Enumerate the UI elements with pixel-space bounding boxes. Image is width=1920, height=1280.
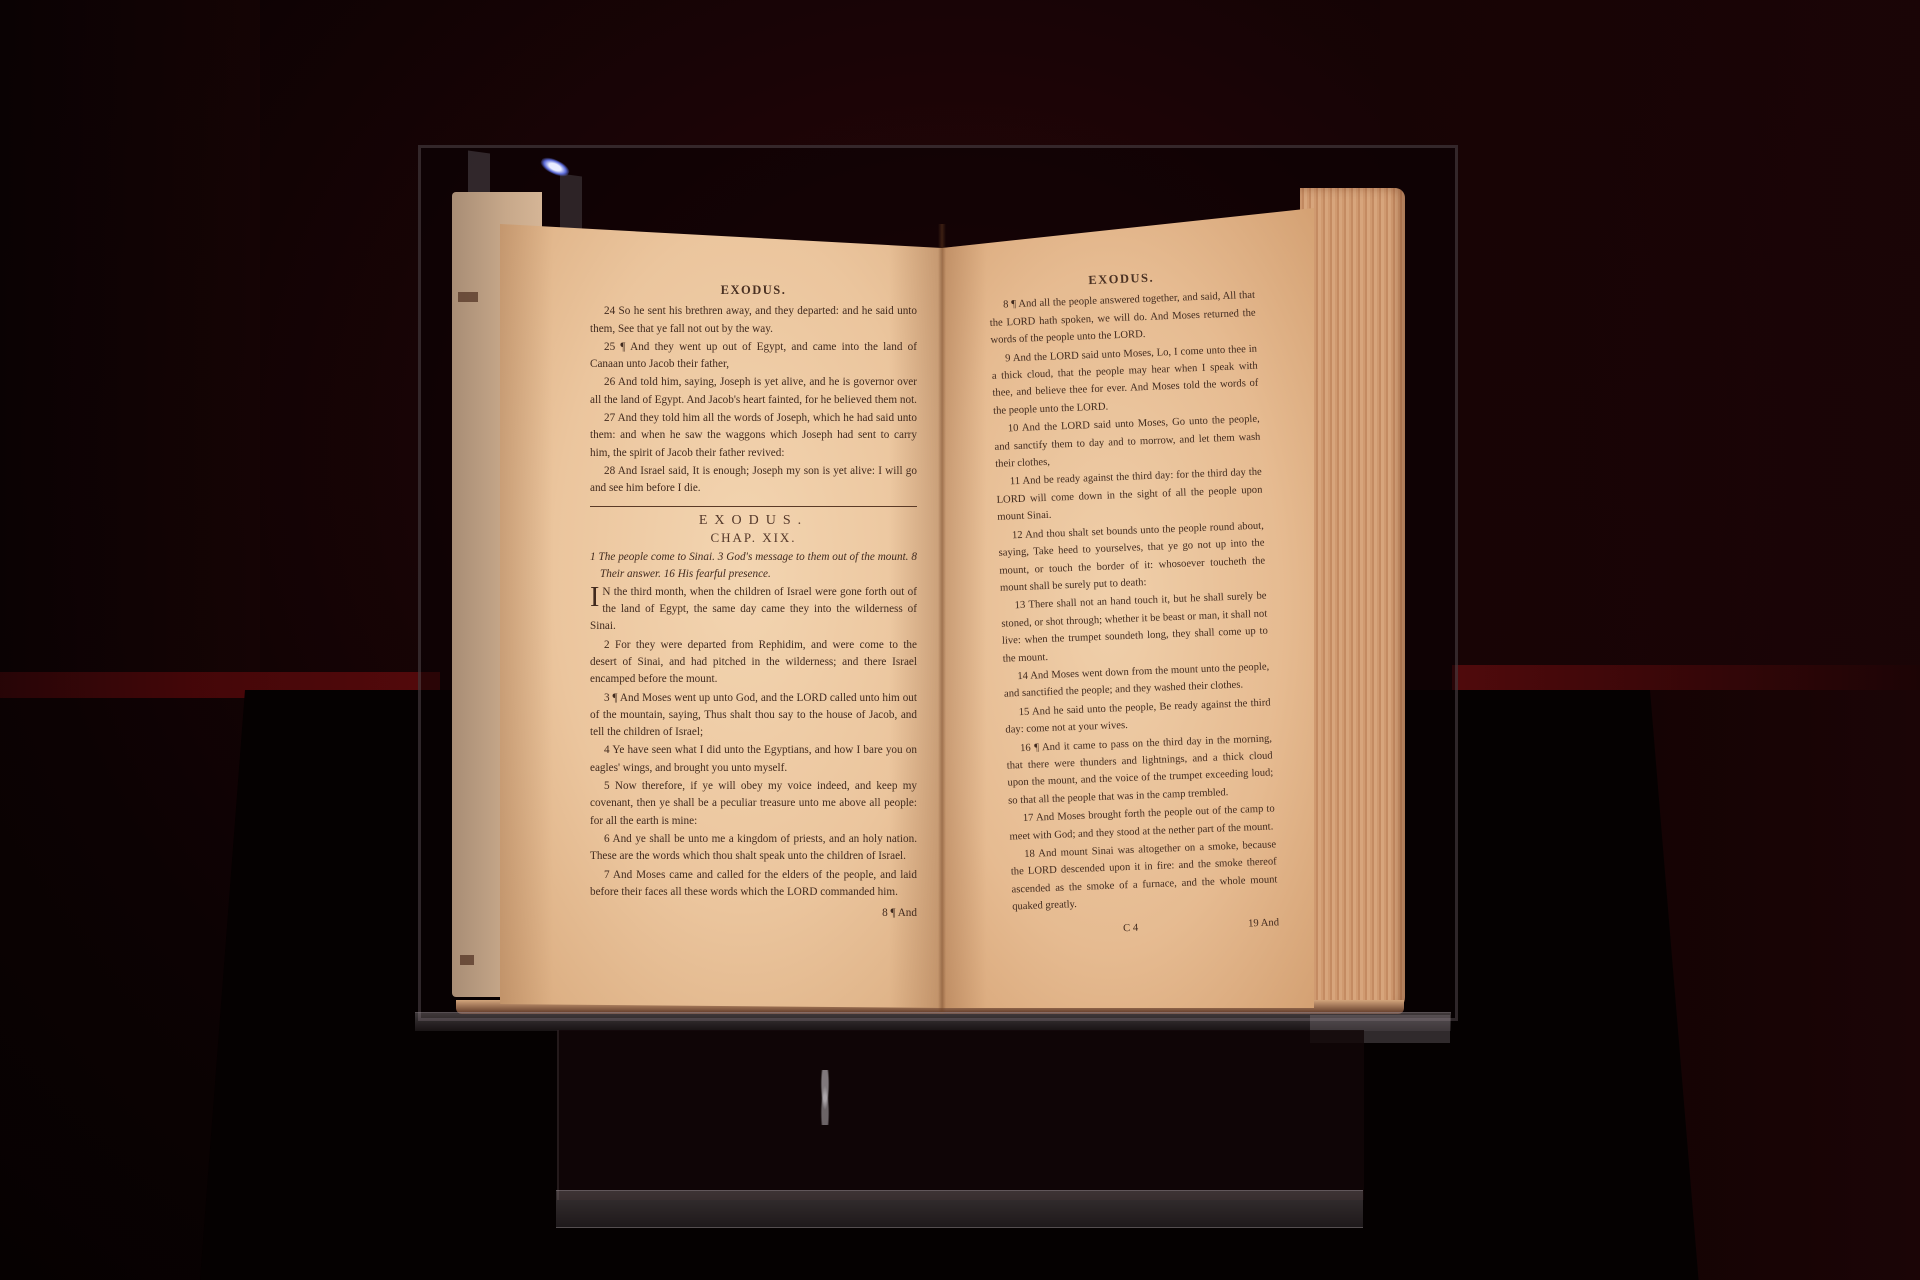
chapter-summary: 1 The people come to Sinai. 3 God's mess… [590,549,917,584]
verse: 24 So he sent his brethren away, and the… [590,303,917,338]
page-tab-marker-top [458,292,478,302]
catchword-right: 19 And [1248,914,1280,933]
drop-cap: I [590,585,599,611]
signature-mark: C 4 [1123,919,1139,937]
wall-shadow-left [0,0,260,690]
verse: 11 And be ready against the third day: f… [996,464,1264,526]
right-page-text: EXODUS. 8 ¶ And all the people answered … [988,266,1279,942]
verse: 4 Ye have seen what I did unto the Egypt… [590,742,917,777]
verse: 7 And Moses came and called for the elde… [590,867,917,902]
verse-1: IN the third month, when the children of… [590,584,917,636]
verse: 13 There shall not an hand touch it, but… [1000,588,1268,668]
verse: 8 ¶ And all the people answered together… [989,287,1257,349]
acrylic-stand-shelf [415,1012,1451,1031]
verse: 16 ¶ And it came to pass on the third da… [1006,730,1274,810]
book-page-block-right [1300,188,1405,1013]
left-page-text: EXODUS. 24 So he sent his brethren away,… [590,282,917,922]
verse: 27 And they told him all the words of Jo… [590,410,917,462]
verse: 6 And ye shall be unto me a kingdom of p… [590,831,917,866]
acrylic-stand-column [557,1030,1364,1200]
verse: 25 ¶ And they went up out of Egypt, and … [590,339,917,374]
catchword-left: 8 ¶ And [590,905,917,922]
verse: 18 And mount Sinai was altogether on a s… [1010,836,1278,916]
verse: 10 And the LORD said unto Moses, Go unto… [994,411,1262,473]
verse: 3 ¶ And Moses went up unto God, and the … [590,690,917,742]
verse: 9 And the LORD said unto Moses, Lo, I co… [991,340,1259,420]
verse: 28 And Israel said, It is enough; Joseph… [590,463,917,498]
book-gutter [938,224,946,1014]
verse-1-text: N the third month, when the children of … [590,586,917,633]
verse: 5 Now therefore, if ye will obey my voic… [590,778,917,830]
book-title: EXODUS. [590,512,917,529]
running-head-left: EXODUS. [590,282,917,299]
chapter-heading: CHAP. XIX. [590,529,917,546]
acrylic-stand-base [556,1190,1363,1228]
light-reflection-dots [818,1070,832,1125]
page-tab-marker-bottom [460,955,474,965]
wall-panel-right [1380,0,1920,700]
verse: 26 And told him, saying, Joseph is yet a… [590,374,917,409]
verse: 12 And thou shalt set bounds unto the pe… [998,517,1266,597]
section-divider-rule [590,506,917,507]
red-wall-ledge-right [1452,665,1920,691]
verse: 2 For they were departed from Rephidim, … [590,637,917,689]
